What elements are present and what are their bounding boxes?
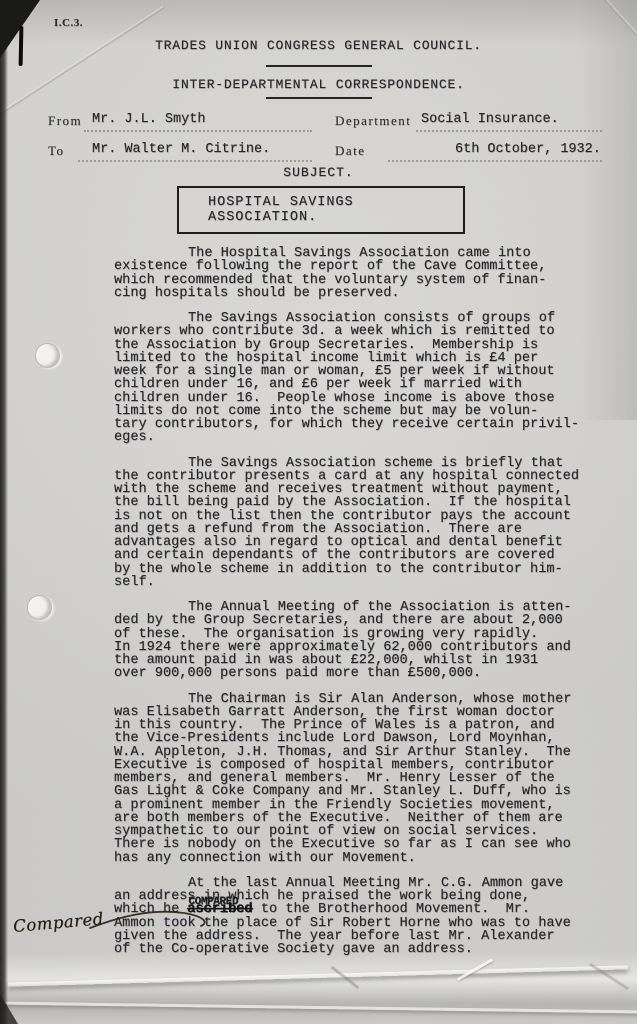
text-line: was Elisabeth Garratt Anderson, the firs… — [114, 706, 614, 719]
text-line: over 900,000 persons paid more than £500… — [114, 667, 614, 680]
text-line: in this country. The Prince of Wales is … — [114, 719, 614, 732]
text-line: workers who contribute 3d. a week which … — [114, 325, 614, 338]
text-line: The Savings Association consists of grou… — [114, 312, 614, 325]
from-dotted-line — [84, 129, 312, 132]
paragraph: The Savings Association scheme is briefl… — [114, 457, 614, 590]
punch-hole-top — [35, 343, 60, 368]
text-line: The Chairman is Sir Alan Anderson, whose… — [114, 693, 614, 706]
organisation-title: TRADES UNION CONGRESS GENERAL COUNCIL. — [0, 38, 637, 53]
text-line: Executive is composed of hospital member… — [114, 759, 614, 772]
from-label: From — [48, 113, 82, 129]
paragraph: The Hospital Savings Association came in… — [114, 247, 614, 300]
scanned-document-page: I.C.3. TRADES UNION CONGRESS GENERAL COU… — [0, 0, 637, 1024]
text-line: the Association by Group Secretaries. Me… — [114, 339, 614, 352]
heading-rule-2 — [266, 97, 372, 99]
to-label: To — [48, 143, 65, 159]
text-line: W.A. Appleton, J.H. Thomas, and Sir Arth… — [114, 746, 614, 759]
subject-label: SUBJECT. — [0, 165, 637, 180]
text-line: the contributor presents a card at any h… — [114, 470, 614, 483]
text-line: limited to the hospital income limit whi… — [114, 352, 614, 365]
text-line: has any connection with our Movement. — [114, 852, 614, 865]
text-line: There is nobody on the Executive so far … — [114, 838, 614, 851]
text-line: week for a single man or woman, £5 per w… — [114, 365, 614, 378]
text-line: the bill being paid by the Association. … — [114, 496, 614, 509]
text-line: and certain dependants of the contributo… — [114, 549, 614, 562]
text-line: eges. — [114, 431, 614, 444]
overtyped-correction: COMPARED — [188, 896, 238, 909]
text-line: with the scheme and receives treatment w… — [114, 483, 614, 496]
text-line: by the whole scheme in addition to the c… — [114, 563, 614, 576]
text-line: existence following the report of the Ca… — [114, 260, 614, 273]
text-line: of these. The organisation is growing ve… — [114, 628, 614, 641]
to-dotted-line — [78, 159, 312, 162]
text-line: of the Co-operative Society gave an addr… — [114, 943, 614, 956]
text-line: advantages also in regard to optical and… — [114, 536, 614, 549]
body-text: The Hospital Savings Association came in… — [114, 247, 614, 968]
text-line: In 1924 there were approximately 62,000 … — [114, 641, 614, 654]
text-line: cing hospitals should be preserved. — [114, 287, 614, 300]
text-line: a prominent member in the Friendly Socie… — [114, 799, 614, 812]
subject-box: HOSPITAL SAVINGS ASSOCIATION. — [177, 186, 465, 234]
paragraph: The Chairman is Sir Alan Anderson, whose… — [114, 693, 614, 865]
text-line: and gets a refund from the Association. … — [114, 523, 614, 536]
text-line: given the address. The year before last … — [114, 930, 614, 943]
paragraph: At the last Annual Meeting Mr. C.G. Ammo… — [114, 877, 614, 957]
from-value: Mr. J.L. Smyth — [92, 112, 205, 127]
document-type-heading: INTER-DEPARTMENTAL CORRESPONDENCE. — [0, 77, 637, 92]
date-dotted-line — [388, 159, 602, 162]
corrected-text-line: which he ascribedCOMPARED to the Brother… — [114, 903, 614, 916]
subject-title: HOSPITAL SAVINGS ASSOCIATION. — [179, 195, 463, 225]
paragraph: The Annual Meeting of the Association is… — [114, 601, 614, 681]
text-line: Ammon took the place of Sir Robert Horne… — [114, 917, 614, 930]
text-line: the Vice-Presidents include Lord Dawson,… — [114, 732, 614, 745]
punch-hole-bottom — [27, 595, 52, 620]
department-label: Department — [335, 113, 411, 129]
text-line: Gas Light & Coke Company and Mr. Stanley… — [114, 785, 614, 798]
text-line: children under 16, and £6 per week if ma… — [114, 378, 614, 391]
text-line: children under 16. People whose income i… — [114, 392, 614, 405]
text-line: The Hospital Savings Association came in… — [114, 247, 614, 260]
text-line: which recommended that the voluntary sys… — [114, 274, 614, 287]
text-line: self. — [114, 576, 614, 589]
text-line: The Savings Association scheme is briefl… — [114, 457, 614, 470]
text-line: the amount paid in was about £22,000, wh… — [114, 654, 614, 667]
text-line: members, and general members. Mr. Henry … — [114, 772, 614, 785]
text-line: The Annual Meeting of the Association is… — [114, 601, 614, 614]
to-value: Mr. Walter M. Citrine. — [92, 142, 270, 157]
text-line: is not on the list then the contributor … — [114, 510, 614, 523]
text-line: tary contributors, for which they receiv… — [114, 418, 614, 431]
handwritten-margin-note: Compared — [12, 909, 104, 936]
text-line: sympathetic to our point of view on soci… — [114, 825, 614, 838]
scan-edge-left — [0, 0, 8, 1024]
text-line: ded by the Group Secretaries, and there … — [114, 614, 614, 627]
date-value: 6th October, 1932. — [455, 142, 601, 157]
paper-sheet: I.C.3. TRADES UNION CONGRESS GENERAL COU… — [0, 0, 637, 1024]
reference-code: I.C.3. — [54, 17, 83, 29]
department-dotted-line — [416, 129, 602, 132]
text-line: At the last Annual Meeting Mr. C.G. Ammo… — [114, 877, 614, 890]
text-line: limits do not come into the scheme but m… — [114, 405, 614, 418]
heading-rule-1 — [266, 65, 372, 67]
text-line: are both members of the Executive. Neith… — [114, 812, 614, 825]
date-label: Date — [335, 143, 366, 159]
department-value: Social Insurance. — [421, 112, 559, 127]
paragraph: The Savings Association consists of grou… — [114, 312, 614, 445]
